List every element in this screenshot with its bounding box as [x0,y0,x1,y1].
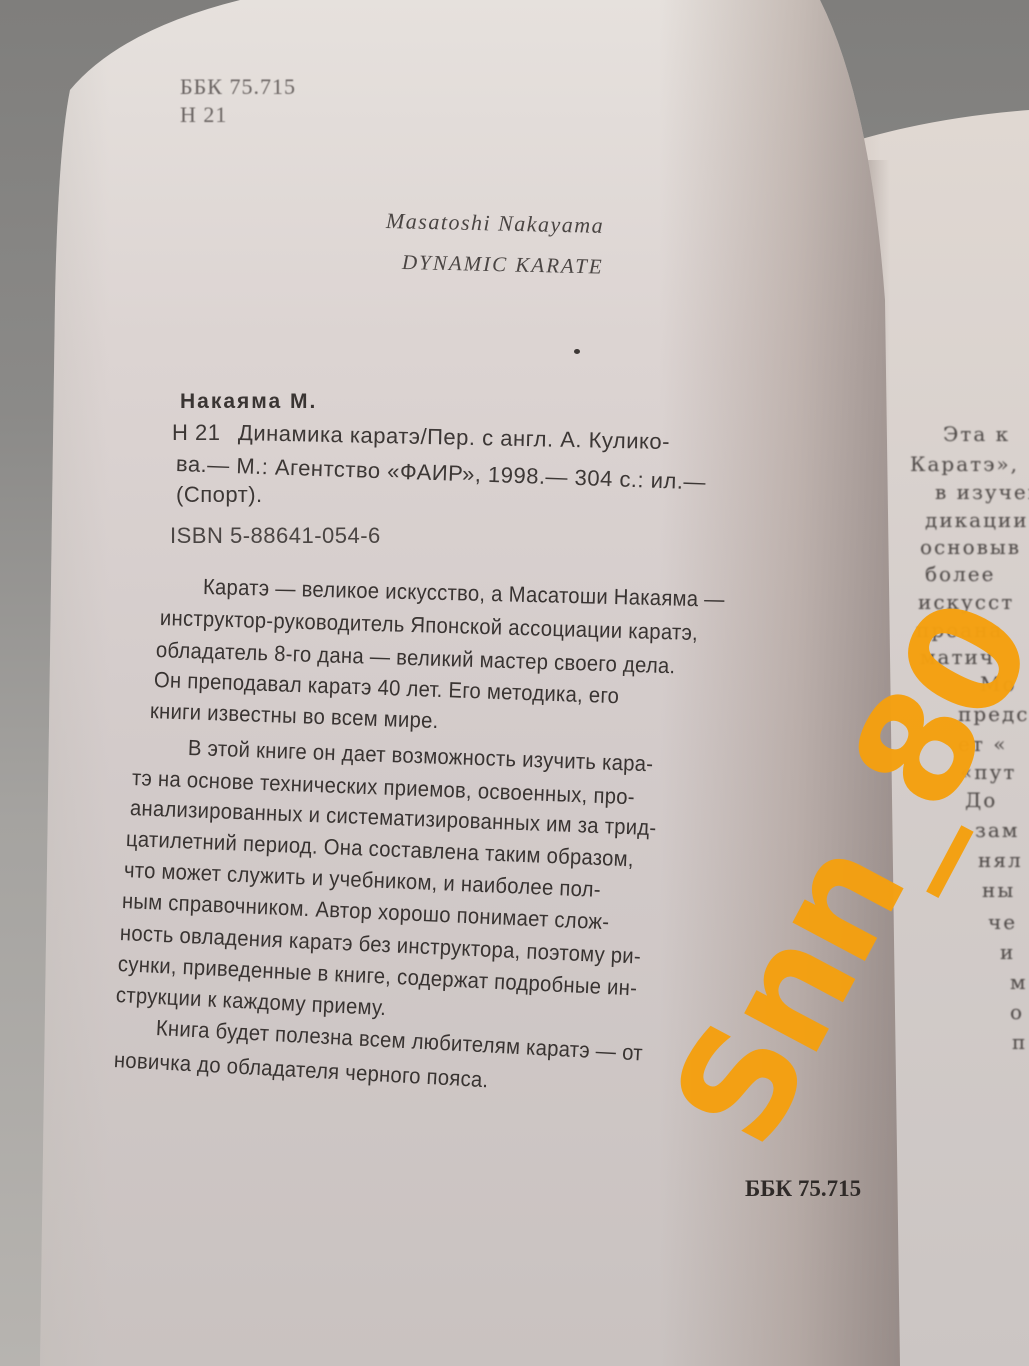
right-page-fragment: Каратэ», [910,452,1019,476]
isbn: ISBN 5-88641-054-6 [170,523,381,549]
bbk-code-bottom: ББК 75.715 [745,1176,861,1202]
right-page-fragment: нял [978,848,1023,872]
right-page-fragment: че [988,910,1017,934]
right-page-fragment: м [1010,970,1028,994]
right-page-fragment: зам [975,818,1019,842]
original-title: DYNAMIC KARATE [402,250,604,280]
right-page-fragment: основыв [920,535,1021,559]
author-russian: Накаяма М. [180,390,317,414]
separator-dot [574,349,580,354]
right-page-fragment: более [925,562,995,586]
right-page-fragment: о [1010,1000,1024,1024]
original-author: Masatoshi Nakayama [386,208,605,239]
bbk-code-top: ББК 75.715 [180,74,296,100]
author-mark-top: Н 21 [180,102,227,128]
right-page-fragment: ны [982,878,1015,902]
right-page-fragment: Эта к [943,422,1010,446]
right-page-fragment: п [1012,1030,1027,1054]
right-page-fragment: дикации [925,508,1029,532]
bibliographic-line-3: (Спорт). [176,482,263,508]
author-mark: Н 21 [172,420,220,446]
right-page-fragment: в изучен [935,480,1029,504]
right-page-fragment: и [1000,940,1015,964]
